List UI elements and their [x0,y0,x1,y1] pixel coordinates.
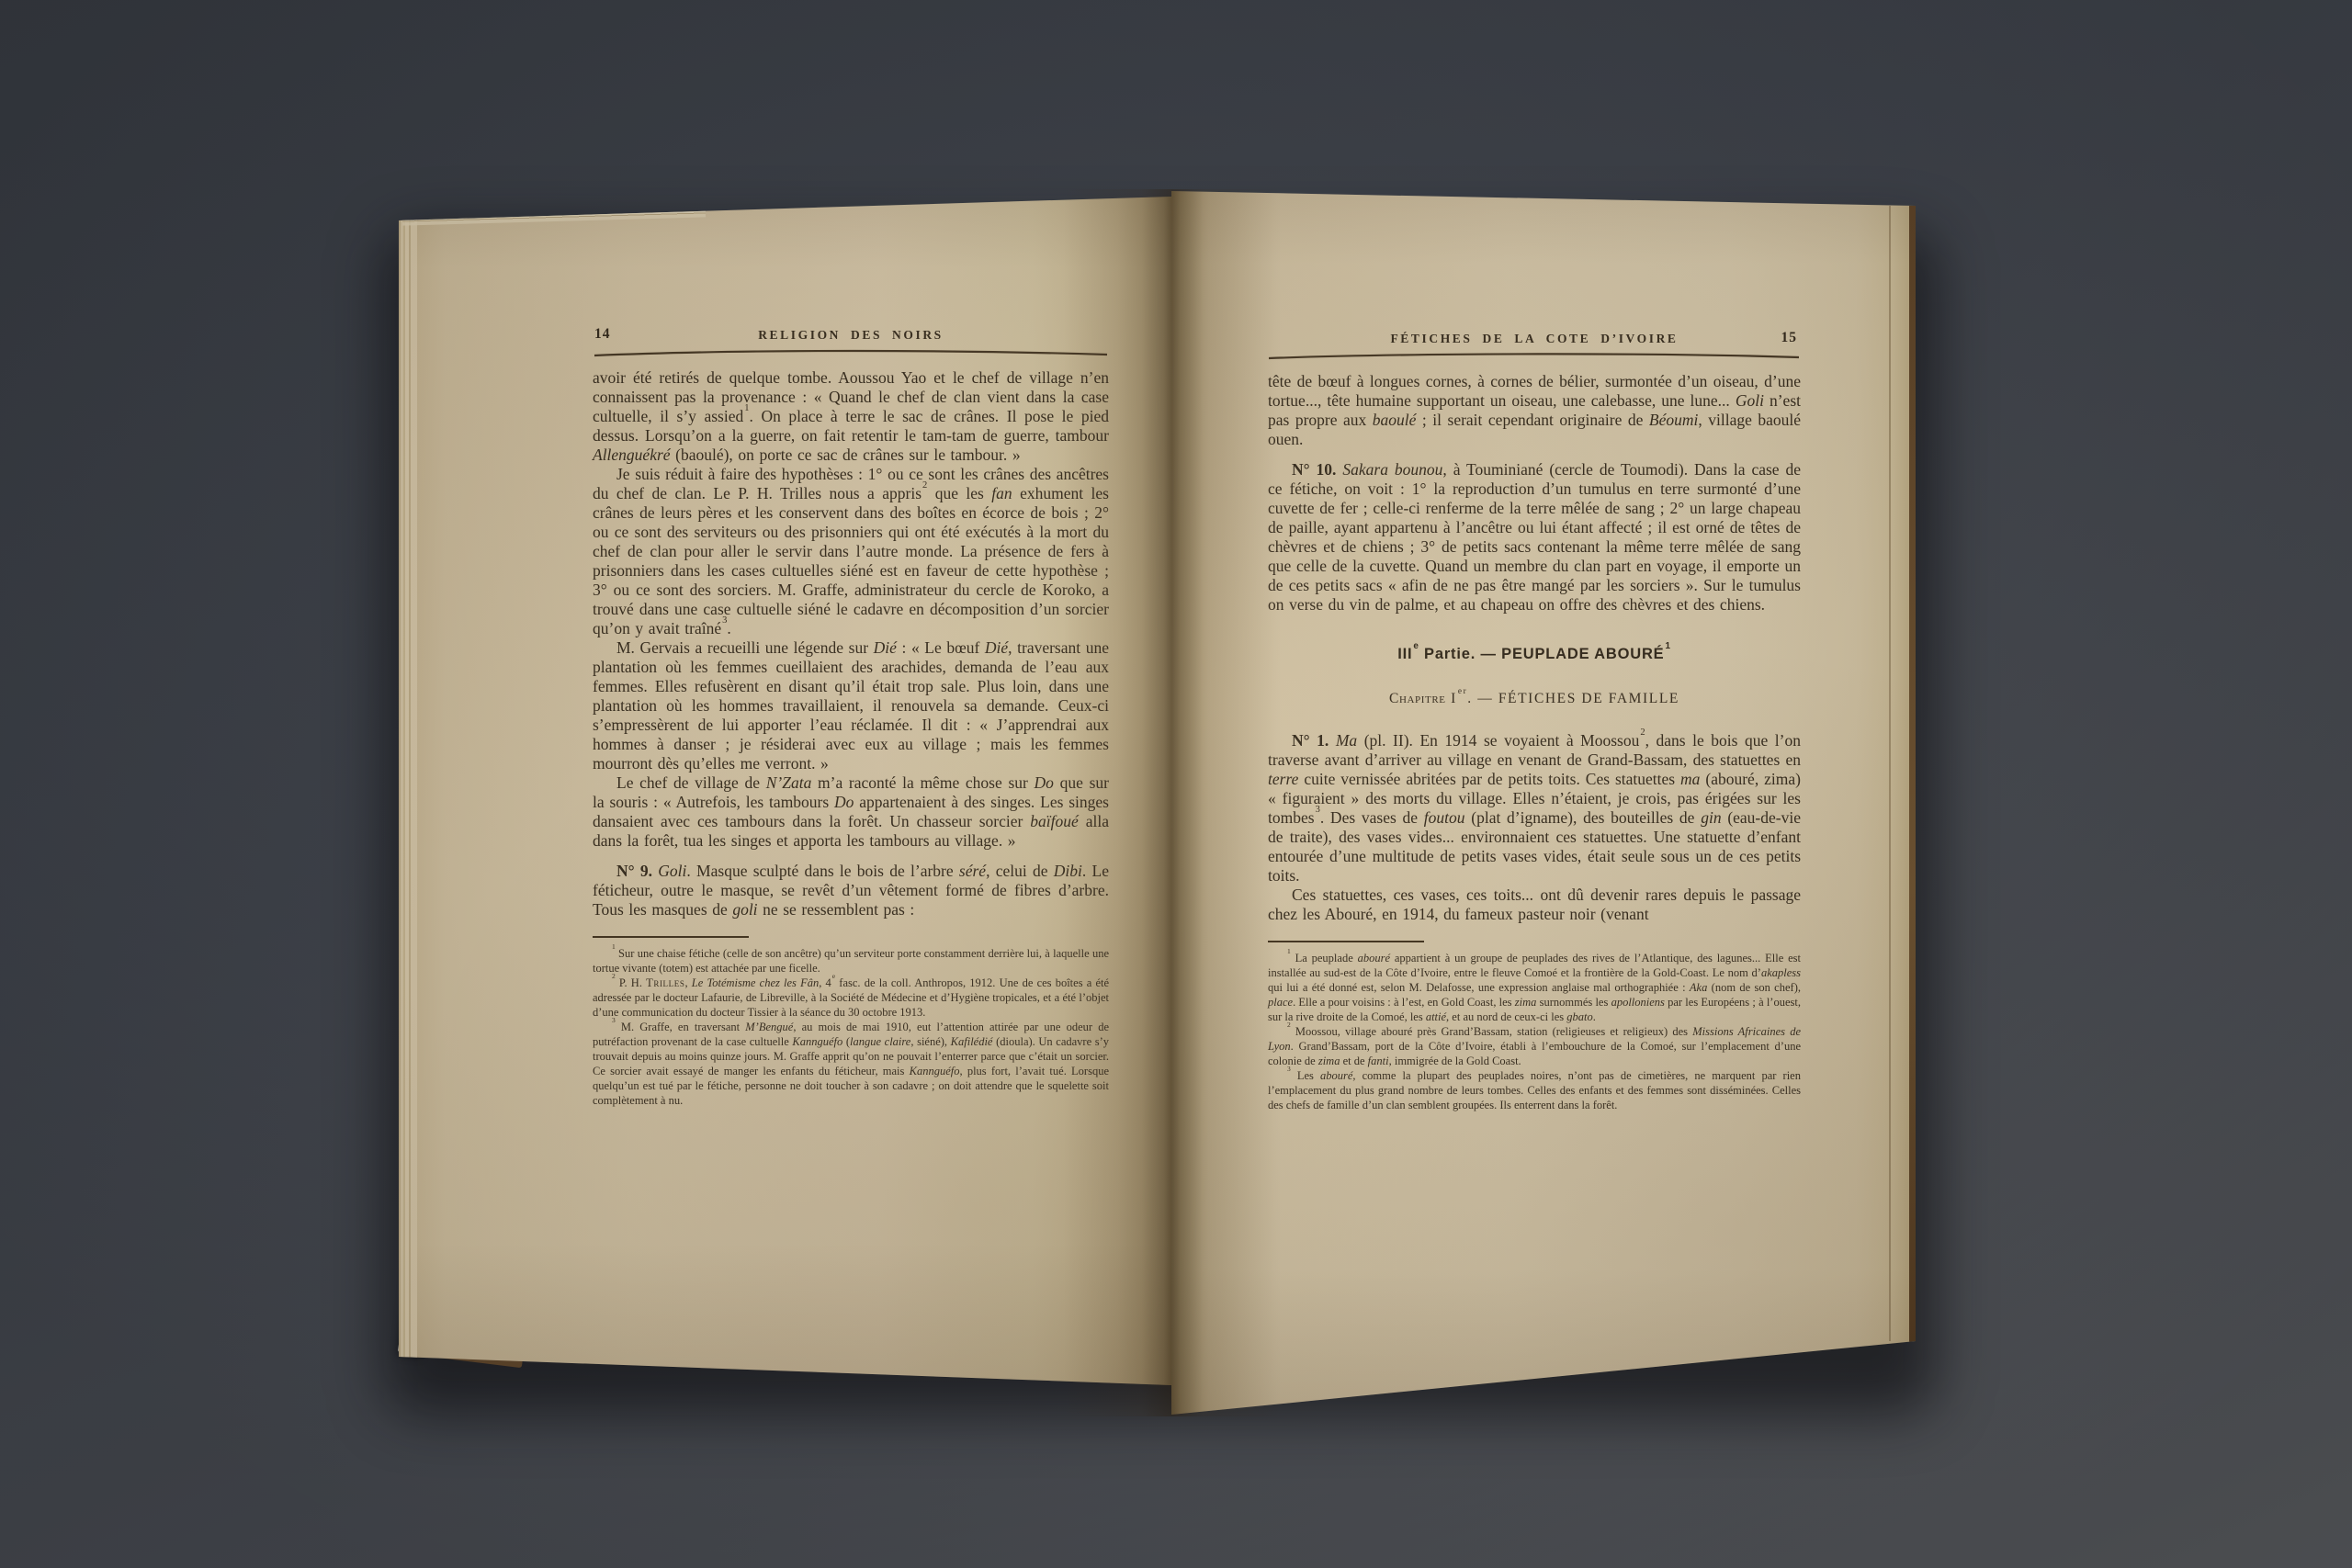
running-head: RELIGION DES NOIRS [593,325,1109,343]
page-crease [1889,206,1891,1341]
paragraph: N° 1. Ma (pl. II). En 1914 se voyaient à… [1268,731,1801,886]
paragraph: avoir été retirés de quelque tombe. Aous… [593,368,1109,465]
left-page: 14 RELIGION DES NOIRS avoir été retirés … [399,197,1171,1385]
left-page-content: 14 RELIGION DES NOIRS avoir été retirés … [593,325,1109,1108]
paragraph: 1 La peuplade abouré appartient à un gro… [1268,951,1801,1024]
paragraph: 2 Moossou, village abouré près Grand’Bas… [1268,1024,1801,1068]
page-body: avoir été retirés de quelque tombe. Aous… [593,368,1109,919]
page-body-lower: N° 1. Ma (pl. II). En 1914 se voyaient à… [1268,731,1801,924]
paragraph: 2 P. H. Trilles, Le Totémisme chez les F… [593,976,1109,1020]
paragraph: N° 9. Goli. Masque sculpté dans le bois … [593,862,1109,919]
paragraph: M. Gervais a recueilli une légende sur D… [593,638,1109,773]
part-heading: IIIe Partie. — PEUPLADE ABOURÉ1 [1268,646,1801,663]
paragraph: 3 Les abouré, comme la plupart des peupl… [1268,1068,1801,1112]
cover-edge [1909,204,1916,1345]
page-edge-stack-top [402,210,706,225]
paragraph: N° 10. Sakara bounou, à Touminiané (cerc… [1268,460,1801,615]
page-header: FÉTICHES DE LA COTE D’IVOIRE 15 [1268,329,1801,349]
book-photo: 14 RELIGION DES NOIRS avoir été retirés … [0,0,2352,1568]
header-rule [1268,352,1801,361]
paragraph: Je suis réduit à faire des hypothèses : … [593,465,1109,638]
running-head: FÉTICHES DE LA COTE D’IVOIRE [1268,329,1801,346]
paragraph: Ces statuettes, ces vases, ces toits... … [1268,886,1801,924]
paragraph: 1 Sur une chaise fétiche (celle de son a… [593,946,1109,976]
page-number: 15 [1781,330,1798,346]
paragraph: 3 M. Graffe, en traversant M’Bengué, au … [593,1020,1109,1108]
paragraph: tête de bœuf à longues cornes, à cornes … [1268,372,1801,449]
footnote-rule [1268,941,1424,942]
chapter-heading: Chapitre Ier. — FÉTICHES DE FAMILLE [1268,691,1801,707]
footnotes: 1 Sur une chaise fétiche (celle de son a… [593,946,1109,1108]
paragraph: Le chef de village de N’Zata m’a raconté… [593,773,1109,851]
page-number: 14 [594,326,611,343]
page-header: 14 RELIGION DES NOIRS [593,325,1109,345]
footnote-rule [593,936,749,938]
page-edge-stack [399,217,417,1361]
page-body-upper: tête de bœuf à longues cornes, à cornes … [1268,372,1801,615]
right-page-content: FÉTICHES DE LA COTE D’IVOIRE 15 tête de … [1268,329,1801,1112]
footnotes: 1 La peuplade abouré appartient à un gro… [1268,951,1801,1112]
header-rule [593,348,1109,357]
right-page: FÉTICHES DE LA COTE D’IVOIRE 15 tête de … [1171,191,1916,1415]
